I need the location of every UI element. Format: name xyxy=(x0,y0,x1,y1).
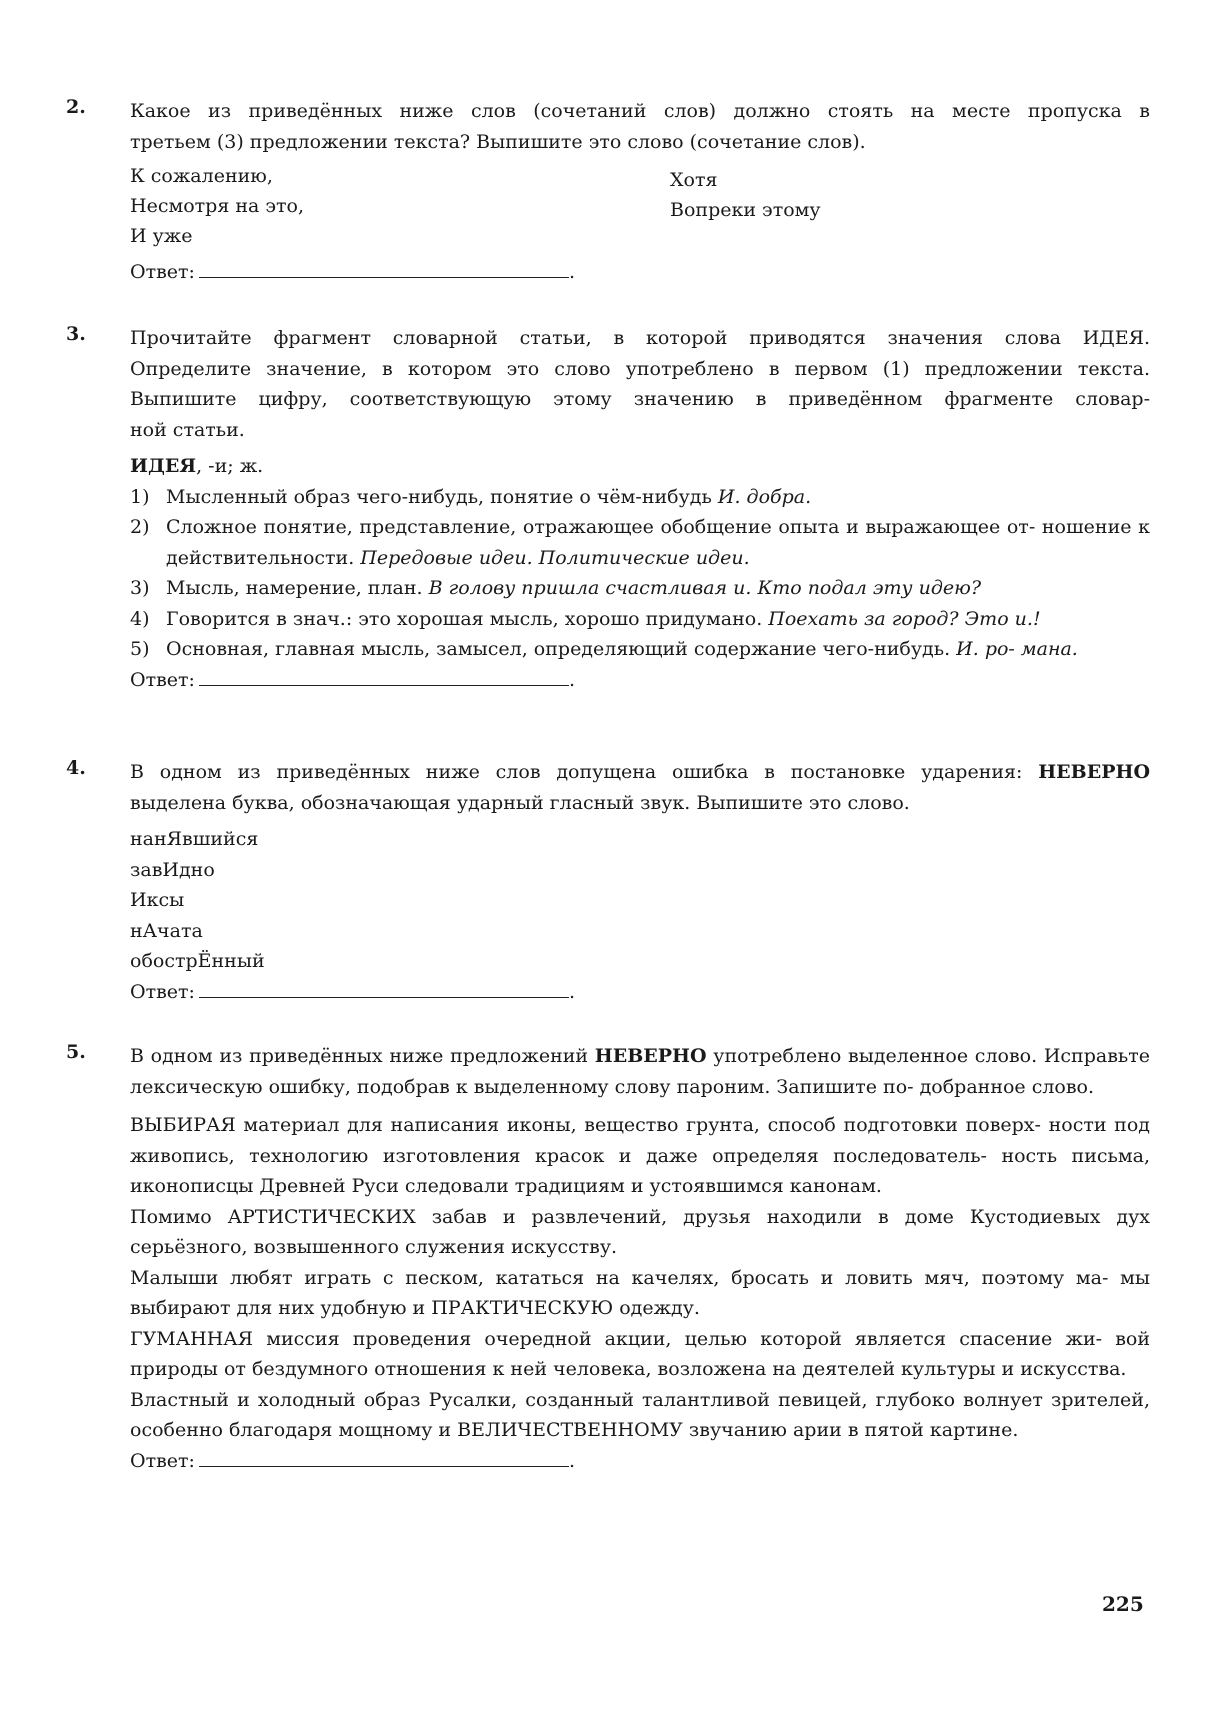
answer-field[interactable] xyxy=(199,1448,569,1467)
answer-label: Ответ: xyxy=(130,981,195,1003)
answer-field[interactable] xyxy=(199,259,569,278)
emphasis: НЕВЕРНО xyxy=(1038,761,1150,783)
option: Хотя xyxy=(670,165,717,196)
sentence: Малыши любят играть с песком, кататься н… xyxy=(130,1263,1150,1324)
question-text: В одном из приведённых ниже предложений … xyxy=(130,1041,1150,1102)
word: нАчата xyxy=(130,916,1150,947)
meaning-2: 2)Сложное понятие, представление, отража… xyxy=(130,512,1150,573)
page-number: 225 xyxy=(1102,1592,1144,1616)
meaning-1: 1)Мысленный образ чего-нибудь, понятие о… xyxy=(130,482,1150,513)
word: обострЁнный xyxy=(130,946,1150,977)
option: К сожалению, xyxy=(130,161,273,192)
answer-label: Ответ: xyxy=(130,261,195,283)
option: Вопреки этому xyxy=(670,195,821,226)
option: И уже xyxy=(130,221,193,252)
headword: ИДЕЯ xyxy=(130,455,196,477)
answer-line: Ответ:. xyxy=(130,665,1150,696)
task-body: В одном из приведённых ниже слов допущен… xyxy=(130,757,1150,1007)
sentence: Помимо АРТИСТИЧЕСКИХ забав и развлечений… xyxy=(130,1202,1150,1263)
word: Иксы xyxy=(130,885,1150,916)
task-body: Какое из приведённых ниже слов (сочетани… xyxy=(130,96,1150,288)
meaning-4: 4)Говорится в знач.: это хорошая мысль, … xyxy=(130,604,1150,635)
question-line: выделена буква, обозначающая ударный гла… xyxy=(130,788,1150,819)
question-line: Определите значение, в котором это слово… xyxy=(130,354,1150,385)
answer-label: Ответ: xyxy=(130,1450,195,1472)
question-line: ной статьи. xyxy=(130,415,1150,446)
sentence: ГУМАННАЯ миссия проведения очередной акц… xyxy=(130,1324,1150,1385)
task-number: 2. xyxy=(66,96,86,118)
answer-line: Ответ:. xyxy=(130,257,1150,288)
task-body: В одном из приведённых ниже предложений … xyxy=(130,1041,1150,1476)
answer-line: Ответ:. xyxy=(130,1446,1150,1477)
answer-line: Ответ:. xyxy=(130,977,1150,1008)
answer-field[interactable] xyxy=(199,667,569,686)
word-list: нанЯвшийся завИдно Иксы нАчата обострЁнн… xyxy=(130,824,1150,977)
dictionary-headword: ИДЕЯ, -и; ж. xyxy=(130,451,1150,482)
meaning-5: 5)Основная, главная мысль, замысел, опре… xyxy=(130,634,1150,665)
word: нанЯвшийся xyxy=(130,824,1150,855)
meaning-3: 3)Мысль, намерение, план. В голову пришл… xyxy=(130,573,1150,604)
question-line: В одном из приведённых ниже слов допущен… xyxy=(130,757,1150,788)
sentence: Властный и холодный образ Русалки, созда… xyxy=(130,1385,1150,1446)
question-line: Выпишите цифру, соответствующую этому зн… xyxy=(130,384,1150,415)
question-line: Прочитайте фрагмент словарной статьи, в … xyxy=(130,323,1150,354)
task-number: 4. xyxy=(66,757,86,779)
question-line: третьем (3) предложении текста? Выпишите… xyxy=(130,127,1150,158)
answer-field[interactable] xyxy=(199,979,569,998)
word: завИдно xyxy=(130,855,1150,886)
answer-label: Ответ: xyxy=(130,669,195,691)
emphasis: НЕВЕРНО xyxy=(595,1045,707,1067)
option: Несмотря на это, xyxy=(130,191,304,222)
options: К сожалению, Несмотря на это, И уже Хотя… xyxy=(130,161,1150,257)
task-number: 3. xyxy=(66,323,86,345)
task-body: Прочитайте фрагмент словарной статьи, в … xyxy=(130,323,1150,695)
question-line: Какое из приведённых ниже слов (сочетани… xyxy=(130,96,1150,127)
sentence: ВЫБИРАЯ материал для написания иконы, ве… xyxy=(130,1110,1150,1202)
sentence-list: ВЫБИРАЯ материал для написания иконы, ве… xyxy=(130,1110,1150,1446)
task-number: 5. xyxy=(66,1041,86,1063)
headword-grammar: , -и; ж. xyxy=(196,455,263,477)
